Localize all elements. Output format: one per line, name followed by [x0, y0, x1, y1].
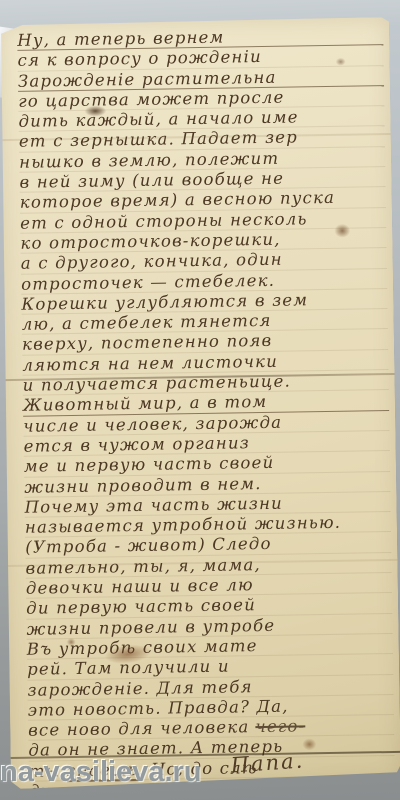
letter-paper: Ну, а теперь вернемся к вопросу о рожден… [0, 17, 400, 789]
signature: Папа. [230, 749, 305, 778]
watermark-text: na-vasilieva.ru [0, 756, 202, 789]
photo-background: Ну, а теперь вернемся к вопросу о рожден… [0, 0, 400, 800]
crossed-out-word: чего- [255, 716, 305, 736]
manuscript-lines: Ну, а теперь вернемся к вопросу о рожден… [17, 25, 395, 789]
